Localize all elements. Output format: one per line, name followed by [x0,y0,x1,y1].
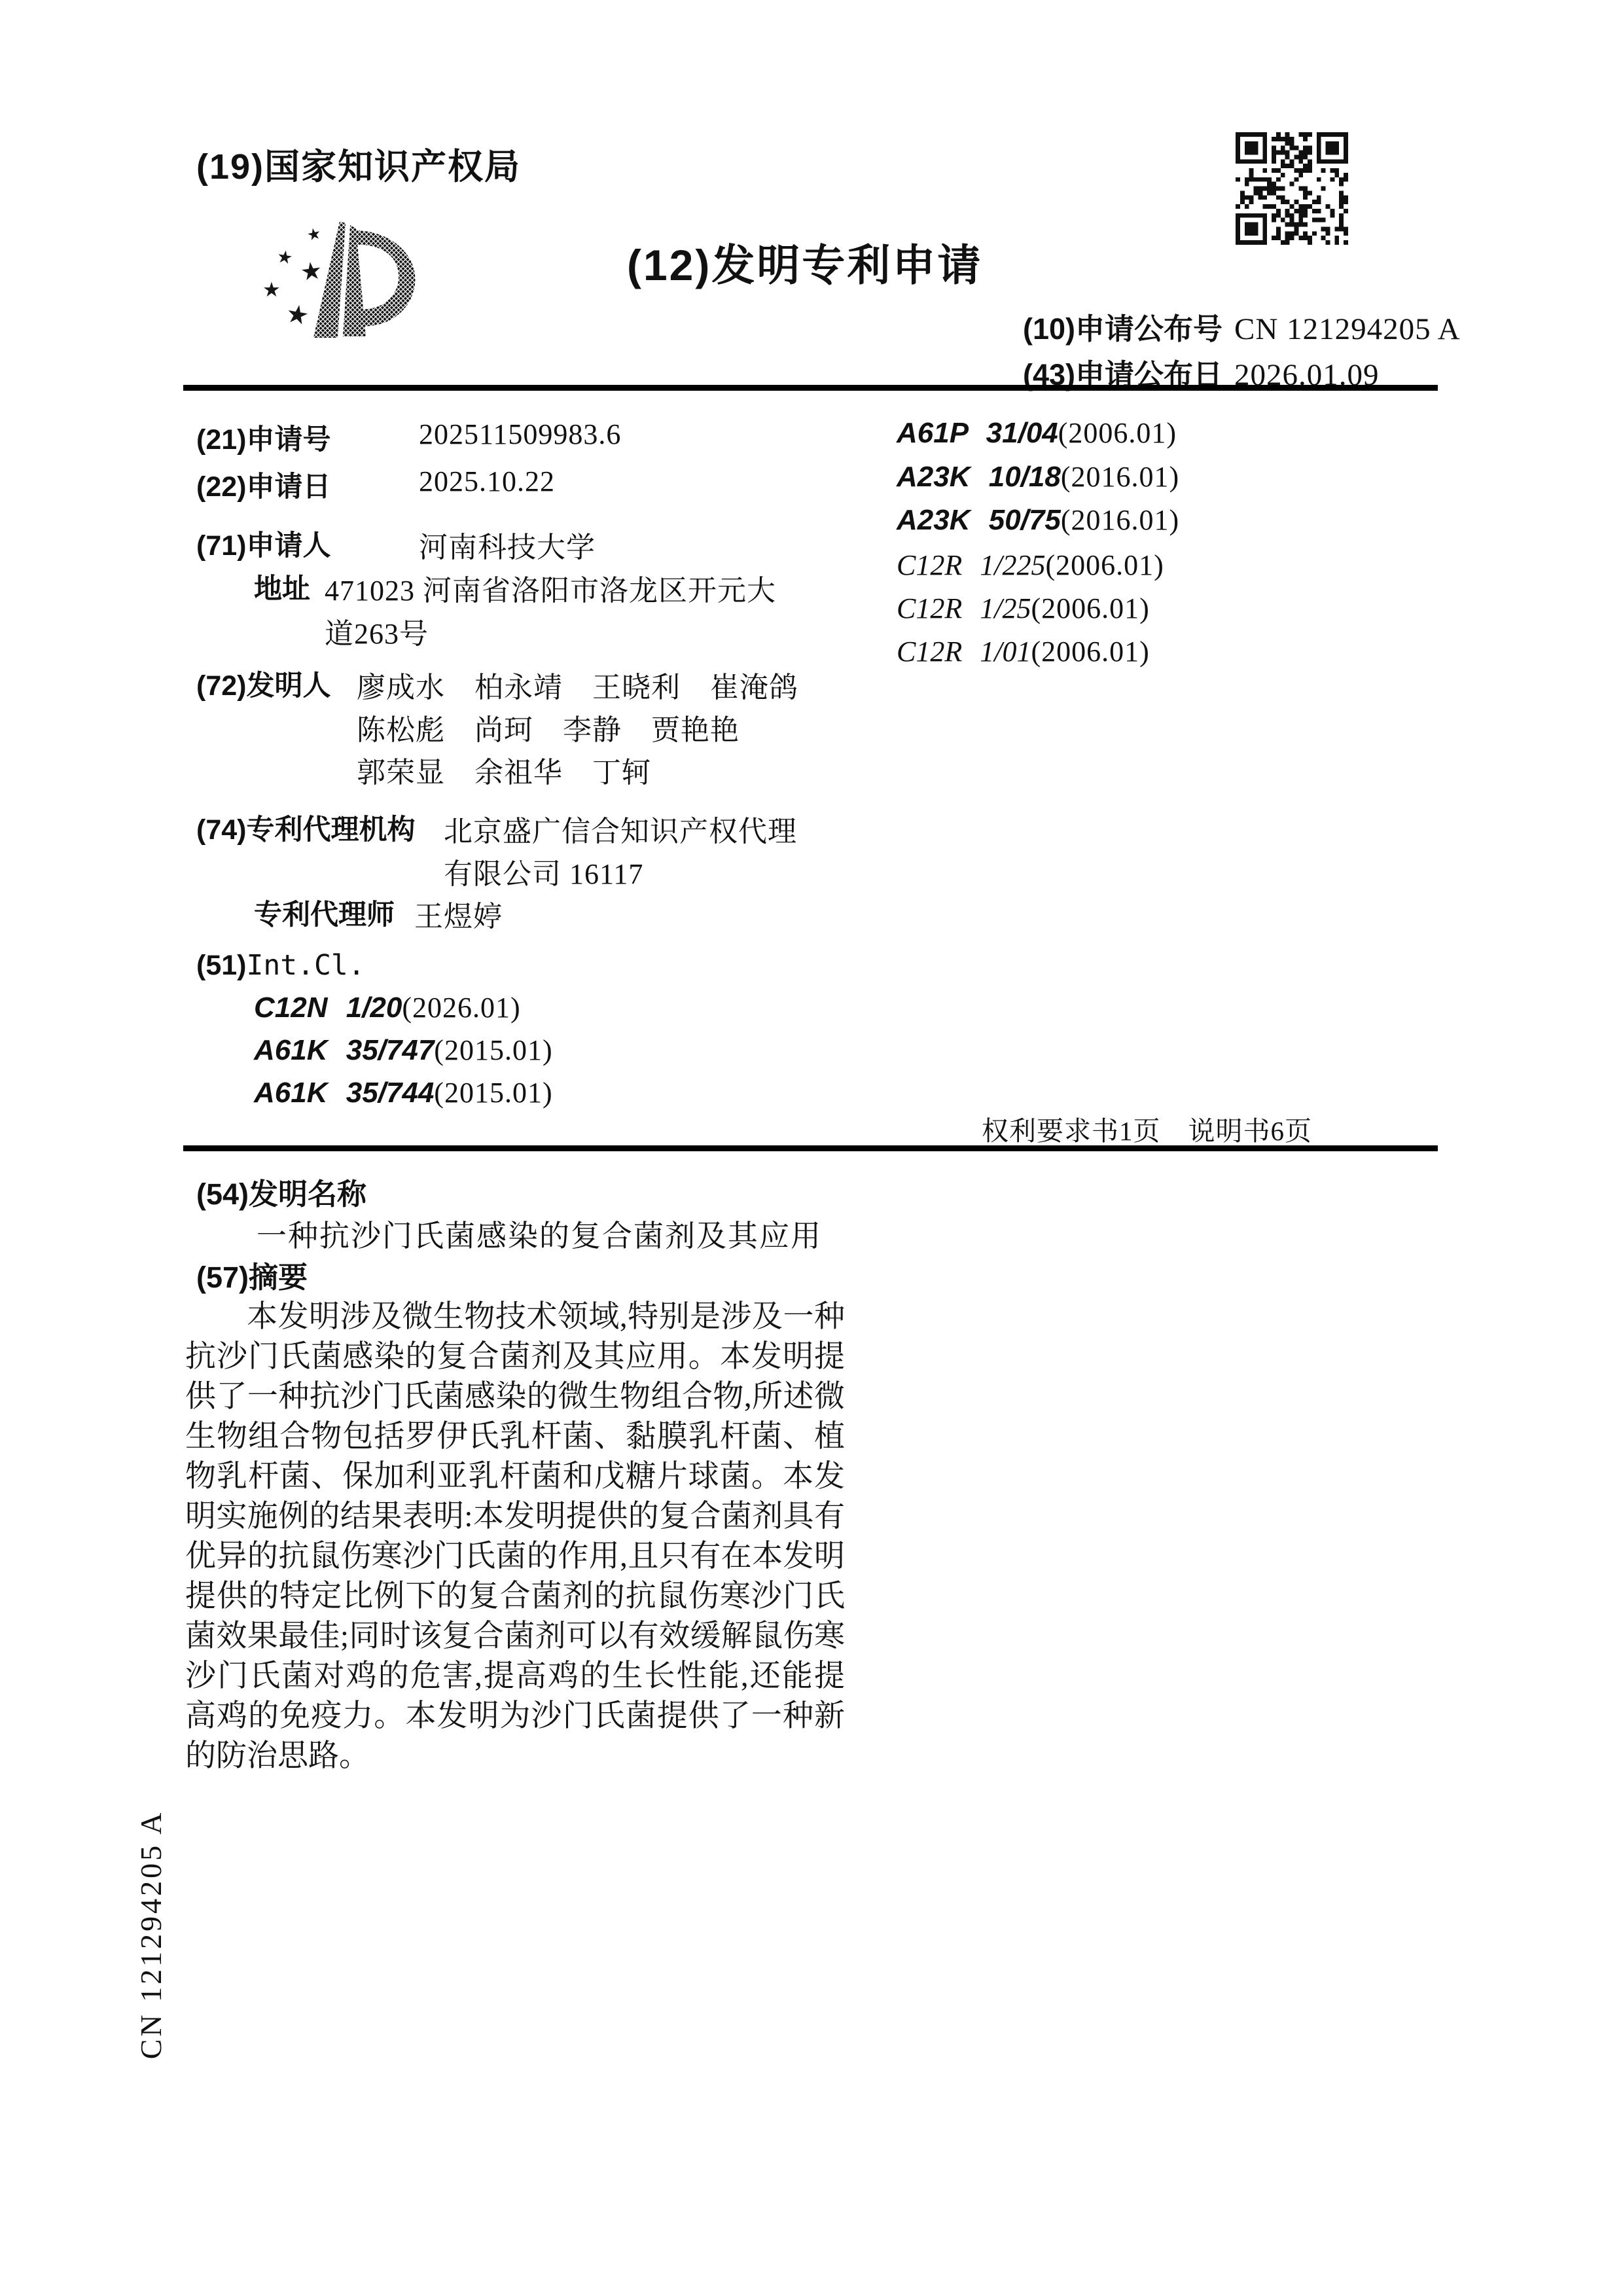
publication-number-value: CN 121294205 A [1234,312,1461,346]
ipc-year: (2015.01) [434,1077,552,1109]
intcl-label-text: Int.Cl. [246,949,365,982]
star-icon [276,247,294,267]
abstract-text: 本发明涉及微生物技术领域,特别是涉及一种抗沙门氏菌感染的复合菌剂及其应用。本发明… [185,1297,845,1776]
ipc-year: (2016.01) [1061,504,1179,536]
application-date-value: 2025.10.22 [419,465,555,498]
star-icon [262,280,281,300]
qr-code [1236,132,1348,245]
address-label: 地址 [254,573,310,605]
ipc-year: (2006.01) [1031,592,1149,624]
ipc-year: (2015.01) [434,1034,552,1066]
ipc-code: C12N 1/20 [254,992,402,1024]
application-number-label: (21)申请号 [196,424,330,456]
agent-row: 专利代理师 王煜婷 [196,893,395,933]
inventors-row: (72)发明人 廖成水 柏永靖 王晓利 崔淹鸽 [196,664,330,704]
cnipa-logo [252,216,435,353]
ipc-code: C12R 1/25 [897,592,1031,624]
intcl-item-row: A61K 35/747(2015.01) [196,1033,553,1067]
agency-line2: 有限公司 16117 [444,850,643,892]
ipc-year: (2016.01) [1061,461,1179,493]
ipc-item-row: A61P 31/04(2006.01) [897,416,1177,450]
ipc-code: A61K 35/747 [254,1034,434,1066]
ipc-item-row: C12R 1/01(2006.01) [897,635,1150,668]
inventors-line2: 陈松彪 尚珂 李静 贾艳艳 [357,706,740,748]
intcl-label-num: (51) [196,950,246,981]
inventors-line1: 廖成水 柏永靖 王晓利 崔淹鸽 [357,664,798,706]
inventors-label: (72)发明人 [196,670,330,702]
ipc-item-row: C12R 1/25(2006.01) [897,592,1150,625]
agency-label: (74)专利代理机构 [196,814,415,846]
applicant-row: (71)申请人 河南科技大学 [196,524,330,564]
agency-row: (74)专利代理机构 北京盛广信合知识产权代理 [196,808,415,848]
application-number-row: (21)申请号 202511509983.6 [196,418,330,457]
pages-info: 权利要求书1页 说明书6页 [982,1109,1312,1148]
ipc-item-row: C12R 1/225(2006.01) [897,548,1164,582]
ipc-code: A61K 35/744 [254,1077,434,1109]
publication-number-line: (10)申请公布号CN 121294205 A [1023,305,1461,348]
agent-label: 专利代理师 [254,899,395,931]
abstract-label: (57)摘要 [196,1253,308,1296]
ipc-year: (2006.01) [1045,549,1164,581]
ipc-year: (2006.01) [1058,417,1177,449]
invention-title: 一种抗沙门氏菌感染的复合菌剂及其应用 [257,1212,822,1255]
document-type-title: (12)发明专利申请 [627,230,982,293]
horizontal-rule [183,385,1438,391]
horizontal-rule [183,1145,1438,1151]
ipc-code: A23K 10/18 [897,461,1061,493]
star-icon [306,225,323,243]
ipc-code: C12R 1/225 [897,549,1045,581]
intcl-row: (51)Int.Cl. [196,948,365,982]
agent-value: 王煜婷 [414,893,503,935]
address-row: 地址 471023 河南省洛阳市洛龙区开元大 [196,567,310,607]
star-icon [299,258,323,285]
invention-title-label: (54)发明名称 [196,1170,366,1213]
star-icon [284,300,311,329]
office-name: (19)国家知识产权局 [196,139,521,189]
ipc-code: A23K 50/75 [897,504,1061,536]
patent-front-page: (19)国家知识产权局 (12)发明专利申请 (10)申请公布号CN 12129… [0,0,1623,2296]
ipc-code: C12R 1/01 [897,636,1031,668]
ipc-item-row: A23K 10/18(2016.01) [897,460,1179,493]
publication-number-label: (10)申请公布号 [1023,312,1222,346]
applicant-value: 河南科技大学 [419,524,596,565]
applicant-label: (71)申请人 [196,530,330,562]
application-date-label: (22)申请日 [196,471,330,503]
application-date-row: (22)申请日 2025.10.22 [196,465,330,505]
side-publication-number: CN 121294205 A [134,1797,174,2072]
ipc-year: (2026.01) [402,992,520,1024]
address-line2: 道263号 [325,610,429,652]
intcl-item-row: A61K 35/744(2015.01) [196,1076,553,1109]
application-number-value: 202511509983.6 [419,418,621,451]
agency-line1: 北京盛广信合知识产权代理 [444,808,797,850]
address-line1: 471023 河南省洛阳市洛龙区开元大 [325,567,776,609]
inventors-line3: 郭荣显 余祖华 丁轲 [357,749,651,791]
intcl-item-row: C12N 1/20(2026.01) [196,991,521,1024]
ipc-year: (2006.01) [1031,636,1149,668]
ipc-item-row: A23K 50/75(2016.01) [897,503,1179,537]
ipc-code: A61P 31/04 [897,417,1058,449]
